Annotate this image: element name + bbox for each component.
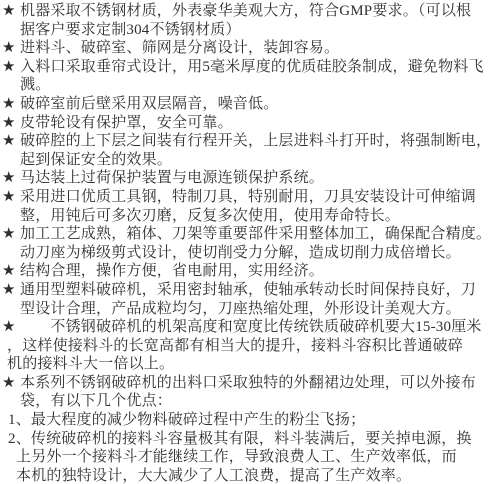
line-text: 整，用钝后可多次刃磨，反复多次使用，使用寿命特长。 [20,208,400,224]
bullet-star-icon: ★ [2,2,20,21]
text-line: ★加工工艺成熟，箱体、刀架等重要部件采用整体加工，确保配合精度。 [2,225,492,244]
text-line: ，这样使接料斗的长宽高都有相当大的提升，接料斗容积比普通破碎 [2,337,492,356]
bullet-star-icon: ★ [2,39,20,58]
text-line: 整，用钝后可多次刃磨，反复多次使用，使用寿命特长。 [2,207,492,226]
text-line: 溅。 [2,76,492,95]
line-text: 动刀座为梯级剪式设计，使切削受力分解，造成切削力成倍增长。 [20,245,461,261]
line-text: 马达装上过荷保护装置与电源连锁保护系统。 [20,170,324,186]
line-text: 本机的独特设计，大大减少了人工浪费，提高了生产效率。 [16,468,411,484]
bullet-star-icon: ★ [2,374,20,393]
text-line: ★机器采取不锈钢材质，外表豪华美观大方，符合GMP要求。（可以根 [2,2,492,21]
text-line: ★入料口采取垂帘式设计，用5毫米厚度的优质硅胶条制成，避免物料飞 [2,58,492,77]
line-text: 通用型塑料破碎机，采用密封轴承，使轴承转动长时间保持良好，刀 [20,282,476,298]
bullet-star-icon: ★ [2,225,20,244]
text-line: ★皮带轮设有保护罩，安全可靠。 [2,114,492,133]
bullet-star-icon: ★ [2,169,20,188]
text-line: 机的接料斗大一倍以上。 [2,355,492,374]
line-text: 机器采取不锈钢材质，外表豪华美观大方，符合GMP要求。（可以根 [20,3,471,19]
text-line: ★马达装上过荷保护装置与电源连锁保护系统。 [2,169,492,188]
text-line: 动刀座为梯级剪式设计，使切削受力分解，造成切削力成倍增长。 [2,244,492,263]
text-line: 袋，有以下几个优点： [2,392,492,411]
text-line: 据客户要求定制304不锈钢材质） [2,21,492,40]
bullet-star-icon: ★ [2,58,20,77]
line-text: 型设计合理，产品成粒均匀，刀座热缩处理，外形设计美观大方。 [20,301,461,317]
line-text: 入料口采取垂帘式设计，用5毫米厚度的优质硅胶条制成，避免物料飞 [20,59,484,75]
line-text: 2、传统破碎机的接料斗容量极其有限，料斗装满后，要关掉电源，换 [8,431,472,447]
line-text: 采用进口优质工具钢，特制刀具，特别耐用，刀具安装设计可伸缩调 [20,189,476,205]
bullet-star-icon: ★ [2,262,20,281]
bullet-star-icon: ★ [2,114,20,133]
line-text: 皮带轮设有保护罩，安全可靠。 [20,115,233,131]
text-line: ★进料斗、破碎室、筛网是分离设计，装卸容易。 [2,39,492,58]
text-line: ★采用进口优质工具钢，特制刀具，特别耐用，刀具安装设计可伸缩调 [2,188,492,207]
text-line: ★破碎室前后壁采用双层隔音，噪音低。 [2,95,492,114]
line-text: 加工工艺成熟，箱体、刀架等重要部件采用整体加工，确保配合精度。 [20,226,491,242]
line-text: 进料斗、破碎室、筛网是分离设计，装卸容易。 [20,40,339,56]
bullet-star-icon: ★ [2,318,20,337]
text-line: 上另外一个接料斗才能继续工作，导致浪费人工、生产效率低，而 [2,448,492,467]
bullet-star-icon: ★ [2,132,20,151]
text-line: 型设计合理，产品成粒均匀，刀座热缩处理，外形设计美观大方。 [2,300,492,319]
line-text: ，这样使接料斗的长宽高都有相当大的提升，接料斗容积比普通破碎 [7,338,463,354]
text-line: 起到保证安全的效果。 [2,151,492,170]
line-text: 破碎室前后壁采用双层隔音，噪音低。 [20,96,278,112]
text-line: ★破碎腔的上下层之间装有行程开关，上层进料斗打开时，将强制断电， [2,132,492,151]
bullet-star-icon: ★ [2,95,20,114]
text-line: ★本系列不锈钢破碎机的出料口采取独特的外翻裙边处理，可以外接布 [2,374,492,393]
text-line: ★结构合理，操作方便，省电耐用，实用经济。 [2,262,492,281]
line-text: 本系列不锈钢破碎机的出料口采取独特的外翻裙边处理，可以外接布 [20,375,476,391]
line-text: 破碎腔的上下层之间装有行程开关，上层进料斗打开时，将强制断电， [20,133,491,149]
line-text: 袋，有以下几个优点： [20,393,172,409]
line-text: 溅。 [20,77,50,93]
text-line: 2、传统破碎机的接料斗容量极其有限，料斗装满后，要关掉电源，换 [2,430,492,449]
text-line: 本机的独特设计，大大减少了人工浪费，提高了生产效率。 [2,467,492,484]
line-text: 上另外一个接料斗才能继续工作，导致浪费人工、生产效率低，而 [16,449,457,465]
line-text: 1、最大程度的减少物料破碎过程中产生的粉尘飞扬； [8,412,365,428]
line-text: 不锈钢破碎机的机架高度和宽度比传统铁质破碎机要大15-30厘米 [20,319,482,335]
text-line: ★ 不锈钢破碎机的机架高度和宽度比传统铁质破碎机要大15-30厘米 [2,318,492,337]
text-line: ★通用型塑料破碎机，采用密封轴承，使轴承转动长时间保持良好，刀 [2,281,492,300]
line-text: 起到保证安全的效果。 [20,152,172,168]
bullet-star-icon: ★ [2,281,20,300]
document-body: ★机器采取不锈钢材质，外表豪华美观大方，符合GMP要求。（可以根 据客户要求定制… [0,0,492,484]
line-text: 据客户要求定制304不锈钢材质） [20,22,241,38]
bullet-star-icon: ★ [2,188,20,207]
line-text: 结构合理，操作方便，省电耐用，实用经济。 [20,263,324,279]
text-line: 1、最大程度的减少物料破碎过程中产生的粉尘飞扬； [2,411,492,430]
line-text: 机的接料斗大一倍以上。 [7,356,174,372]
